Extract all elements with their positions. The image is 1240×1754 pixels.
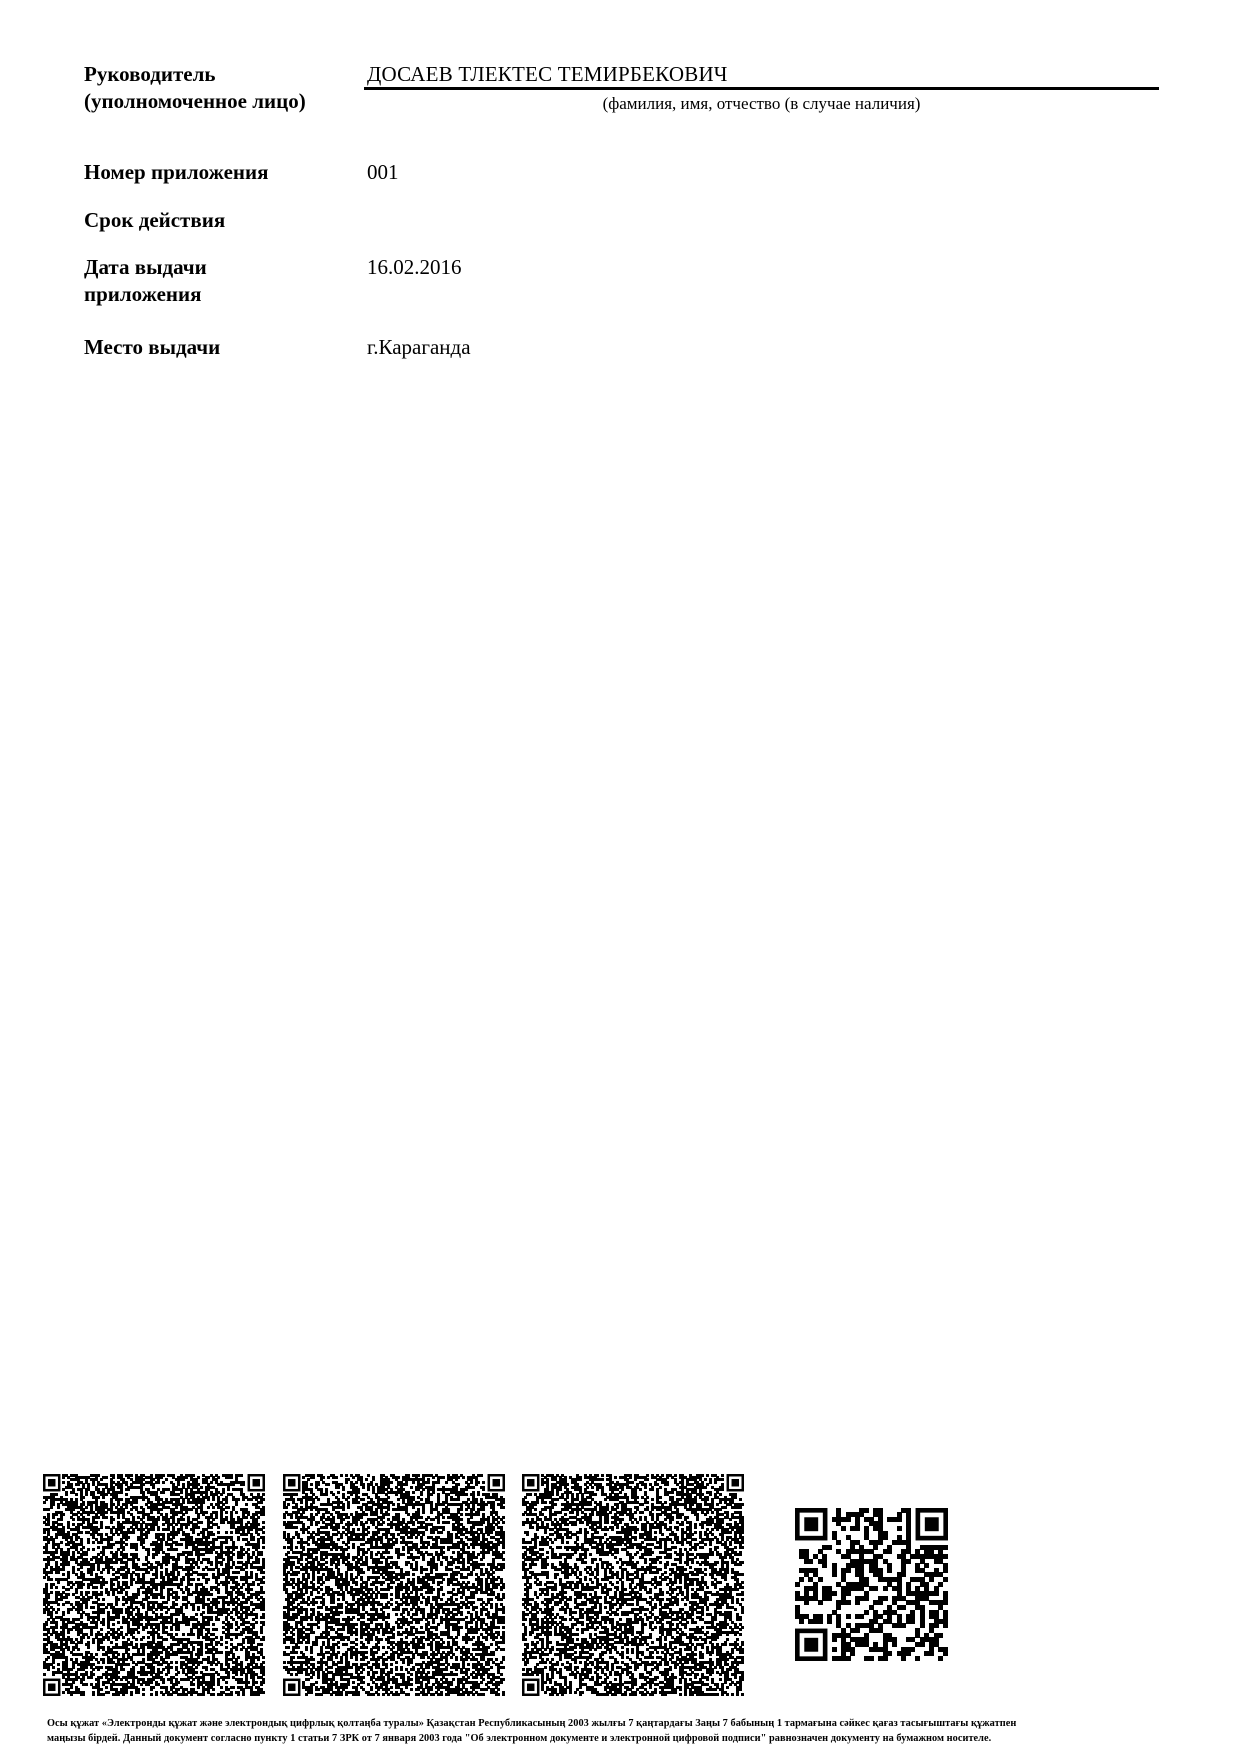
name-caption: (фамилия, имя, отчество (в случае наличи… [364,94,1159,114]
legal-footer: Осы құжат «Электронды құжат және электро… [47,1716,1016,1746]
signature-qr-3 [522,1474,744,1696]
signature-qr-2 [283,1474,505,1696]
manager-label-line2: (уполномоченное лицо) [84,88,306,115]
field-label-issue-place: Место выдачи [84,334,220,361]
legal-footer-line1: Осы құжат «Электронды құжат және электро… [47,1716,1016,1731]
field-label-validity: Срок действия [84,207,225,234]
field-label-issue-date-line1: Дата выдачи [84,254,207,281]
field-value-issue-place: г.Караганда [367,334,471,361]
field-label-issue-date: Дата выдачи приложения [84,254,207,308]
name-underline [364,87,1159,90]
signature-qr-1 [43,1474,265,1696]
manager-name: ДОСАЕВ ТЛЕКТЕС ТЕМИРБЕКОВИЧ [367,61,728,88]
field-label-issue-date-line2: приложения [84,281,207,308]
field-value-issue-date: 16.02.2016 [367,254,462,281]
manager-label: Руководитель (уполномоченное лицо) [84,61,306,115]
field-label-application-number: Номер приложения [84,159,268,186]
verification-qr [795,1508,948,1661]
legal-footer-line2: маңызы бірдей. Данный документ согласно … [47,1731,1016,1746]
manager-label-line1: Руководитель [84,61,306,88]
field-value-application-number: 001 [367,159,399,186]
